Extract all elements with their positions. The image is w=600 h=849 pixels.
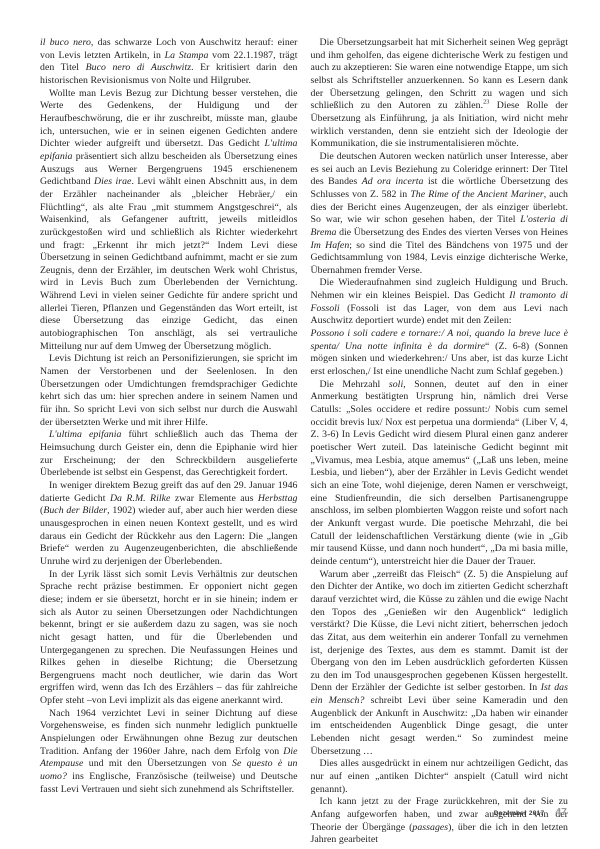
italic-text: Da R.M. Rilke: [110, 493, 170, 504]
italic-text: Buch der Bilder: [43, 505, 107, 516]
paragraph: Die Wiederaufnahmen sind zugleich Huldig…: [311, 277, 569, 328]
body-text: Die Mehrzahl: [320, 379, 389, 390]
paragraph: In weniger direktem Bezug greift das auf…: [40, 480, 298, 569]
italic-text: il buco nero: [40, 37, 91, 48]
italic-text: Buco nero di Auschwitz: [86, 62, 191, 73]
footer-date: Dezember 2017: [494, 810, 545, 817]
body-text: Wollte man Levis Bezug zur Dichtung bess…: [40, 88, 298, 150]
two-column-text: il buco nero, das schwarze Loch von Ausc…: [40, 37, 568, 847]
page-footer: Dezember 2017 47: [494, 806, 567, 818]
paragraph: Die Mehrzahl soli, Sonnen, deutet auf de…: [311, 379, 569, 569]
italic-text: Ad ora incerta: [362, 176, 424, 187]
body-text: Nach 1964 verzichtet Levi in seiner Dich…: [40, 708, 298, 757]
paragraph: Die deutschen Autoren wecken natürlich u…: [311, 151, 569, 278]
paragraph: In der Lyrik lässt sich somit Levis Verh…: [40, 569, 298, 708]
footer-page-number: 47: [555, 806, 567, 818]
paragraph: Wollte man Levis Bezug zur Dichtung bess…: [40, 88, 298, 354]
italic-text: The Rime of the Ancient Mariner: [410, 189, 543, 200]
body-text: Dies alles ausgedrückt in einem nur acht…: [311, 758, 569, 794]
body-text: Levis Dichtung ist reich an Personifizie…: [40, 353, 298, 427]
paragraph: Ich kann jetzt zu der Frage zurückkehren…: [311, 796, 569, 847]
italic-text: La Stampa: [165, 50, 209, 61]
body-text: die Übersetzung des Endes des vierten Ve…: [337, 227, 568, 238]
body-text: In der Lyrik lässt sich somit Levis Verh…: [40, 569, 298, 707]
italic-text: Herbsttag: [258, 493, 298, 504]
body-text: zwar Elemente aus: [170, 493, 257, 504]
paragraph: Warum aber „zerreißt das Fleisch“ (Z. 5)…: [311, 569, 569, 759]
body-text: ; so sind die Titel des Bändchens von 19…: [311, 240, 569, 276]
paragraph: Dies alles ausgedrückt in einem nur acht…: [311, 758, 569, 796]
paragraph: Nach 1964 verzichtet Levi in seiner Dich…: [40, 708, 298, 797]
left-column: il buco nero, das schwarze Loch von Ausc…: [40, 37, 298, 847]
right-column: Die Übersetzungsarbeit hat mit Sicherhei…: [311, 37, 569, 847]
paragraph: il buco nero, das schwarze Loch von Ausc…: [40, 37, 298, 88]
body-text: , Sonnen, deutet auf den in einer Anmerk…: [311, 379, 569, 567]
italic-text: soli: [389, 379, 403, 390]
paragraph: Levis Dichtung ist reich an Personifizie…: [40, 353, 298, 429]
body-text: und mit den Übersetzungen von: [83, 758, 232, 769]
italic-text: L'ultima epifania: [49, 429, 121, 440]
paragraph: L'ultima epifania führt schließlich auch…: [40, 429, 298, 480]
body-text: (Fossoli ist das Lager, von dem aus Levi…: [311, 303, 569, 327]
body-text: ins Englische, Französische (teilweise) …: [40, 771, 298, 795]
body-text: . Levi wählt einen Abschnitt aus, in dem…: [40, 176, 298, 352]
paragraph: Possono i soli cadere e tornare:/ A noi,…: [311, 328, 569, 379]
document-page: il buco nero, das schwarze Loch von Ausc…: [40, 37, 568, 847]
body-text: Warum aber „zerreißt das Fleisch“ (Z. 5)…: [311, 569, 569, 694]
paragraph: Die Übersetzungsarbeit hat mit Sicherhei…: [311, 37, 569, 151]
italic-text: Im Hafen: [311, 240, 350, 251]
italic-text: Dies irae: [94, 176, 132, 187]
italic-text: passages: [412, 822, 448, 833]
